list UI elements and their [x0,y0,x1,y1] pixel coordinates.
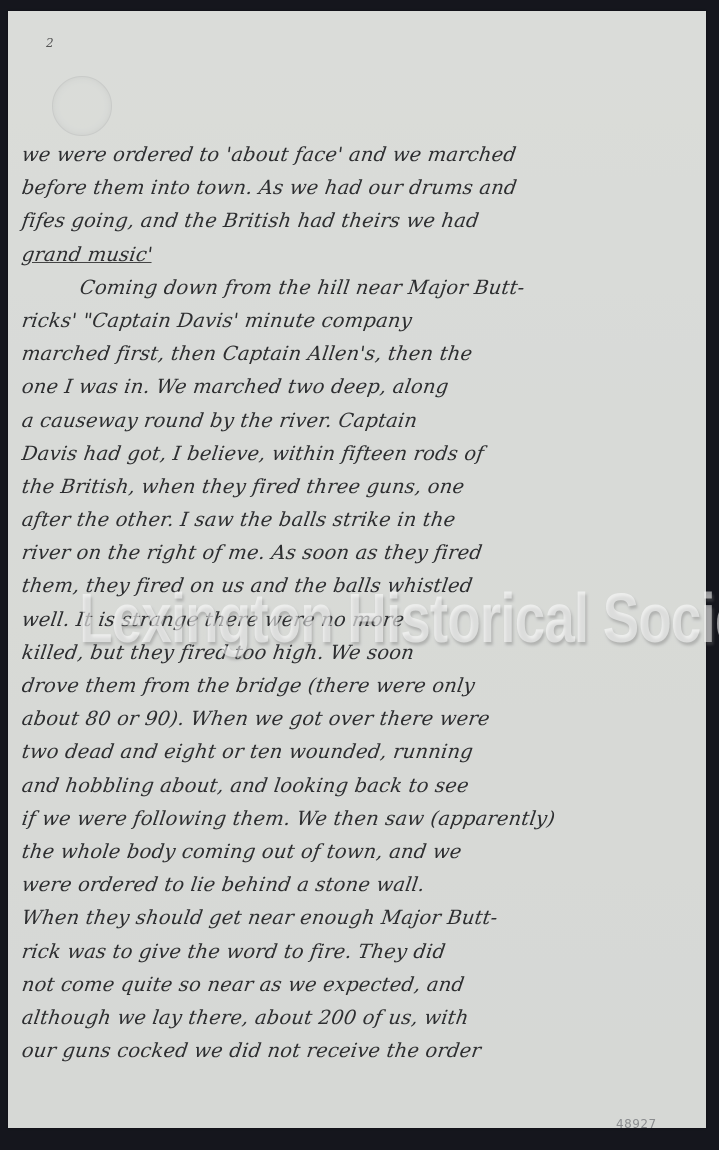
line-text: rick was to give the word to fire. They … [20,940,447,963]
text-line: about 80 or 90). When we got over there … [20,702,695,735]
text-line: not come quite so near as we expected, a… [20,968,695,1001]
line-text: Coming down from the hill near Major But… [78,276,526,299]
line-text: fifes going, and the British had theirs … [20,209,480,232]
line-text: our guns cocked we did not receive the o… [20,1039,482,1062]
line-text: ricks' "Captain Davis' minute company [20,309,413,332]
text-line: fifes going, and the British had theirs … [20,204,695,237]
text-line: although we lay there, about 200 of us, … [20,1001,695,1034]
text-line: one I was in. We marched two deep, along [20,370,695,403]
line-text: although we lay there, about 200 of us, … [20,1006,470,1029]
text-line: ricks' "Captain Davis' minute company [20,304,695,337]
line-text: about 80 or 90). When we got over there … [20,707,491,730]
line-text: not come quite so near as we expected, a… [20,973,466,996]
line-text: were ordered to lie behind a stone wall. [20,873,426,896]
line-text: and hobbling about, and looking back to … [20,774,470,797]
text-line: them, they fired on us and the balls whi… [20,569,695,602]
text-line: and hobbling about, and looking back to … [20,769,695,802]
text-line: we were ordered to 'about face' and we m… [20,138,695,171]
line-text: them, they fired on us and the balls whi… [20,574,474,597]
manuscript-text: we were ordered to 'about face' and we m… [22,138,692,1067]
text-line: the whole body coming out of town, and w… [20,835,695,868]
text-line: if we were following them. We then saw (… [20,802,695,835]
line-text: before them into town. As we had our dru… [20,176,518,199]
line-text: after the other. I saw the balls strike … [20,508,457,531]
line-text: if we were following them. We then saw (… [20,807,556,830]
line-text: When they should get near enough Major B… [20,906,499,929]
line-text: two dead and eight or ten wounded, runni… [20,740,474,763]
text-line: two dead and eight or ten wounded, runni… [20,735,695,768]
line-text: the whole body coming out of town, and w… [20,840,463,863]
text-line: killed, but they fired too high. We soon [20,636,695,669]
page-number: 2 [46,36,54,50]
text-line: our guns cocked we did not receive the o… [20,1034,695,1067]
line-text: one I was in. We marched two deep, along [20,375,450,398]
text-line: river on the right of me. As soon as the… [20,536,695,569]
text-line: Davis had got, I believe, within fifteen… [20,437,695,470]
line-text: a causeway round by the river. Captain [20,409,419,432]
catalog-number: 48927 [616,1117,657,1131]
text-line-paragraph-start: Coming down from the hill near Major But… [20,271,695,304]
text-line: were ordered to lie behind a stone wall. [20,868,695,901]
scan-frame: 2 we were ordered to 'about face' and we… [0,0,719,1150]
embossed-seal-icon [52,76,112,136]
text-line: before them into town. As we had our dru… [20,171,695,204]
line-text: the British, when they fired three guns,… [20,475,466,498]
line-text: we were ordered to 'about face' and we m… [20,143,517,166]
line-text: river on the right of me. As soon as the… [20,541,483,564]
line-text: drove them from the bridge (there were o… [20,674,476,697]
text-line: rick was to give the word to fire. They … [20,935,695,968]
text-line: after the other. I saw the balls strike … [20,503,695,536]
text-line: a causeway round by the river. Captain [20,404,695,437]
line-text: Davis had got, I believe, within fifteen… [20,442,485,465]
line-text: killed, but they fired too high. We soon [20,641,415,664]
line-text-underlined: grand music' [20,243,154,266]
line-text: well. It is strange there were no more [20,608,406,631]
text-line: the British, when they fired three guns,… [20,470,695,503]
line-text: marched first, then Captain Allen's, the… [20,342,474,365]
text-line: marched first, then Captain Allen's, the… [20,337,695,370]
text-line: drove them from the bridge (there were o… [20,669,695,702]
text-line: When they should get near enough Major B… [20,901,695,934]
text-line: well. It is strange there were no more [20,603,695,636]
text-line: grand music' [20,238,695,271]
